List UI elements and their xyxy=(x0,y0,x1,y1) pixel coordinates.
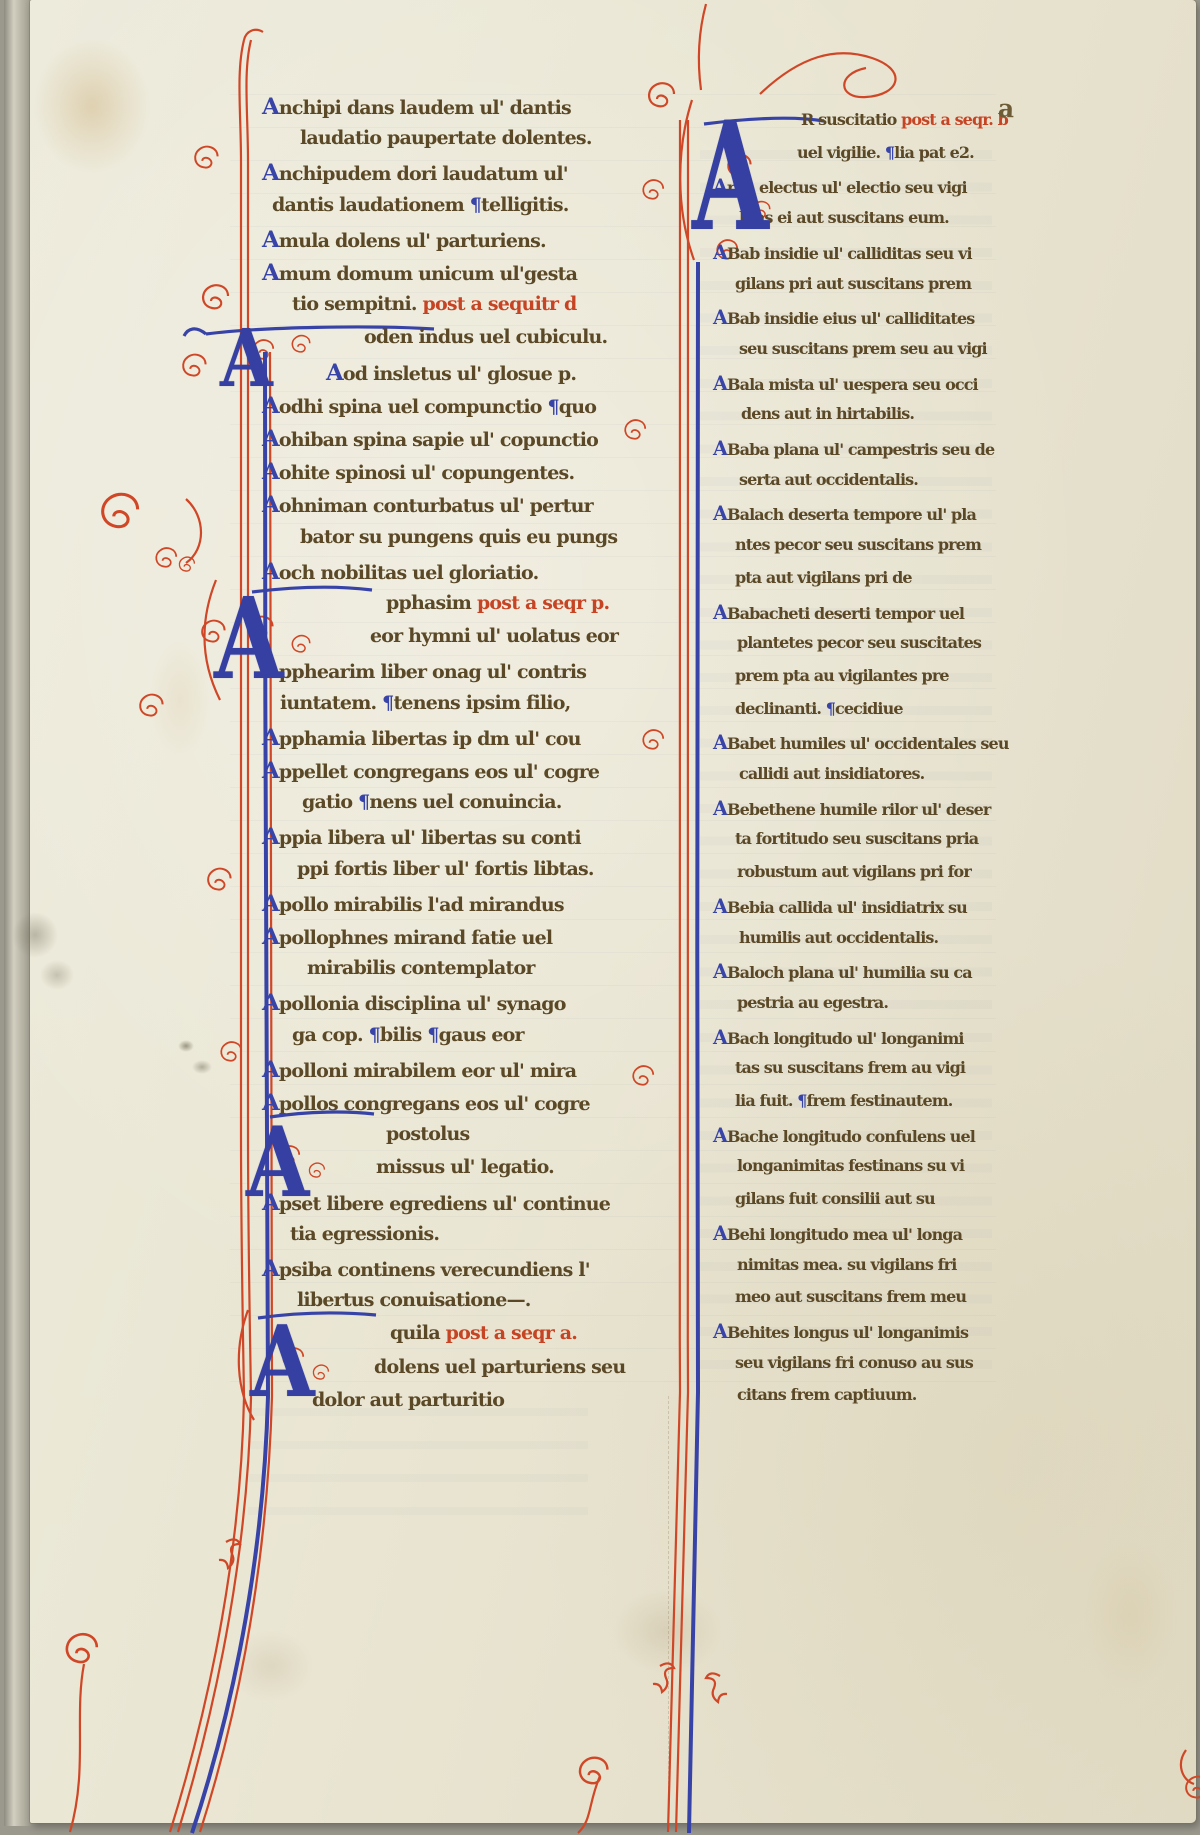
entry-text: lia fuit. xyxy=(735,1091,797,1110)
entry-text: ohniman conturbatus ul' pertur xyxy=(279,495,593,517)
entry-text: eor hymni ul' uolatus eor xyxy=(370,625,618,647)
entry-text: nchipi dans laudem ul' dantis xyxy=(279,97,571,119)
entry-line: gilans pri aut suscitans prem xyxy=(735,276,971,293)
entry-initial: A xyxy=(713,731,727,754)
entry-line: citans frem captiuum. xyxy=(737,1387,916,1404)
entry-line: ABebia callida ul' insidiatrix su xyxy=(713,897,967,917)
entry-line: lia fuit. ¶frem festinautem. xyxy=(735,1093,952,1110)
entry-text: pollophnes mirand fatie uel xyxy=(279,927,552,949)
entry-line: Anchipudem dori laudatum ul' xyxy=(262,162,568,186)
entry-line: dantis laudationem ¶telligitis. xyxy=(272,196,569,216)
illuminated-initial: A xyxy=(692,102,769,252)
entry-text: och nobilitas uel gloriatio. xyxy=(279,562,539,584)
illuminated-initial: A xyxy=(220,318,273,398)
paraph-mark: ¶ xyxy=(885,143,894,162)
entry-line: serta aut occidentalis. xyxy=(739,472,918,489)
entry-initial: A xyxy=(262,227,279,253)
entry-line: ppi fortis liber ul' fortis libtas. xyxy=(297,860,594,880)
entry-initial: A xyxy=(713,601,727,624)
entry-line: humilis aut occidentalis. xyxy=(739,930,938,947)
entry-line: Aoch nobilitas uel gloriatio. xyxy=(262,561,538,585)
entry-line: Apset libere egrediens ul' continue xyxy=(262,1192,610,1216)
entry-text: Bache longitudo confulens uel xyxy=(727,1127,975,1146)
entry-text: R suscitatio xyxy=(801,110,901,129)
entry-text: gilans fuit consilii aut su xyxy=(735,1189,935,1208)
entry-text: lia pat e2. xyxy=(894,143,974,162)
entry-line: ABab insidie eius ul' calliditates xyxy=(713,308,974,328)
entry-initial: A xyxy=(262,990,279,1016)
entry-line: Apphearim liber onag ul' contris xyxy=(262,660,586,684)
entry-text: longanimitas festinans su vi xyxy=(737,1156,964,1175)
entry-text: quila xyxy=(390,1322,446,1344)
entry-line: Aohniman conturbatus ul' pertur xyxy=(262,494,593,518)
entry-line: pphasim post a seqr p. xyxy=(386,594,609,614)
entry-line: Appia libera ul' libertas su conti xyxy=(262,826,581,850)
entry-line: R suscitatio post a seqr. b xyxy=(801,112,1008,129)
entry-text: dantis laudationem xyxy=(272,194,470,216)
entry-text: dens aut in hirtabilis. xyxy=(741,404,914,423)
entry-initial: A xyxy=(262,160,279,186)
rubric: post a seqr a. xyxy=(446,1322,577,1344)
rubric: post a seqr. b xyxy=(901,110,1008,129)
entry-text: psiba continens verecundiens l' xyxy=(279,1259,590,1281)
entry-line: callidi aut insidiatores. xyxy=(739,766,924,783)
entry-text: odhi spina uel compunctio xyxy=(279,396,548,418)
entry-initial: A xyxy=(713,1124,727,1147)
entry-text: quo xyxy=(559,396,596,418)
entry-text: dolens uel parturiens seu xyxy=(374,1356,625,1378)
entry-text: nimitas mea. su vigilans fri xyxy=(737,1255,956,1274)
entry-line: dens aut in hirtabilis. xyxy=(741,406,914,423)
entry-initial: A xyxy=(713,797,727,820)
entry-line: ntes pecor seu suscitans prem xyxy=(735,537,981,554)
entry-line: ABabet humiles ul' occidentales seu xyxy=(713,733,1009,753)
entry-line: Anchipi dans laudem ul' dantis xyxy=(262,96,571,120)
entry-text: gaus eor xyxy=(439,1024,524,1046)
entry-text: pphearim liber onag ul' contris xyxy=(279,661,586,683)
entry-text: Bebethene humile rilor ul' deser xyxy=(727,800,990,819)
entry-text: pollos congregans eos ul' cogre xyxy=(279,1093,590,1115)
entry-line: Aodhi spina uel compunctio ¶quo xyxy=(262,395,596,419)
entry-text: telligitis. xyxy=(481,194,569,216)
entry-line: ga cop. ¶bilis ¶gaus eor xyxy=(292,1026,524,1046)
entry-text: laudatio paupertate dolentes. xyxy=(300,127,592,149)
entry-initial: A xyxy=(713,437,727,460)
entry-line: Apollophnes mirand fatie uel xyxy=(262,926,552,950)
paraph-mark: ¶ xyxy=(797,1091,806,1110)
paraph-mark: ¶ xyxy=(470,194,481,216)
entry-text: pphamia libertas ip dm ul' cou xyxy=(279,728,581,750)
entry-line: prem pta au vigilantes pre xyxy=(735,668,949,685)
entry-line: longanimitas festinans su vi xyxy=(737,1158,964,1175)
entry-text: bator su pungens quis eu pungs xyxy=(300,526,617,548)
entry-line: Apsiba continens verecundiens l' xyxy=(262,1258,590,1282)
entry-line: Apolloni mirabilem eor ul' mira xyxy=(262,1059,576,1083)
entry-text: plantetes pecor seu suscitates xyxy=(737,633,981,652)
entry-initial: A xyxy=(713,1222,727,1245)
entry-text: pphasim xyxy=(386,592,477,614)
entry-line: ABaloch plana ul' humilia su ca xyxy=(713,962,972,982)
entry-line: nimitas mea. su vigilans fri xyxy=(737,1257,956,1274)
entry-text: od insletus ul' glosue p. xyxy=(343,363,576,385)
entry-text: robustum aut vigilans pri for xyxy=(737,862,971,881)
entry-initial: A xyxy=(713,895,727,918)
entry-text: pestria au egestra. xyxy=(737,993,888,1012)
entry-text: ohiban spina sapie ul' copunctio xyxy=(279,429,598,451)
manuscript-page xyxy=(30,0,1196,1823)
entry-text: humilis aut occidentalis. xyxy=(739,928,938,947)
entry-line: bator su pungens quis eu pungs xyxy=(300,528,617,548)
entry-text: pollonia disciplina ul' synago xyxy=(279,993,566,1015)
entry-line: ABala mista ul' uespera seu occi xyxy=(713,374,978,394)
entry-initial: A xyxy=(713,502,727,525)
entry-line: Aohite spinosi ul' copungentes. xyxy=(262,461,574,485)
entry-text: libertus conuisatione—. xyxy=(297,1289,531,1311)
entry-line: Appellet congregans eos ul' cogre xyxy=(262,760,599,784)
entry-text: bilis xyxy=(380,1024,427,1046)
entry-initial: A xyxy=(262,891,279,917)
entry-text: Bach longitudo ul' longanimi xyxy=(727,1029,964,1048)
entry-text: citans frem captiuum. xyxy=(737,1385,916,1404)
entry-text: nens uel conuincia. xyxy=(369,791,561,813)
entry-text: pta aut vigilans pri de xyxy=(735,568,912,587)
entry-text: nchipudem dori laudatum ul' xyxy=(279,163,568,185)
entry-initial: A xyxy=(262,924,279,950)
entry-text: mula dolens ul' parturiens. xyxy=(279,230,546,252)
entry-text: gilans pri aut suscitans prem xyxy=(735,274,971,293)
entry-text: ppi fortis liber ul' fortis libtas. xyxy=(297,858,594,880)
entry-text: Baloch plana ul' humilia su ca xyxy=(727,963,972,982)
entry-text: prem pta au vigilantes pre xyxy=(735,666,949,685)
entry-line: Amula dolens ul' parturiens. xyxy=(262,229,546,253)
entry-line: oden indus uel cubiculu. xyxy=(364,328,607,348)
entry-line: ABaba plana ul' campestris seu de xyxy=(713,439,994,459)
entry-line: Apollo mirabilis l'ad mirandus xyxy=(262,893,564,917)
entry-text: tenens ipsim filio, xyxy=(393,692,570,714)
entry-initial: A xyxy=(713,960,727,983)
text-column-right: R suscitatio post a seqr. buel vigilie. … xyxy=(713,112,993,1412)
entry-text: mirabilis contemplator xyxy=(307,957,535,979)
entry-line: uel vigilie. ¶lia pat e2. xyxy=(797,145,974,162)
text-column-left: Anchipi dans laudem ul' dantislaudatio p… xyxy=(262,96,600,1420)
entry-initial: A xyxy=(262,725,279,751)
entry-line: ABebethene humile rilor ul' deser xyxy=(713,799,990,819)
entry-text: polloni mirabilem eor ul' mira xyxy=(279,1060,576,1082)
entry-line: mirabilis contemplator xyxy=(307,959,535,979)
entry-initial: A xyxy=(713,306,727,329)
margin-letter: a xyxy=(997,94,1014,124)
entry-line: ta fortitudo seu suscitans pria xyxy=(735,831,978,848)
entry-line: seu vigilans fri conuso au sus xyxy=(735,1355,973,1372)
entry-initial: A xyxy=(262,94,279,120)
entry-text: declinanti. xyxy=(735,699,826,718)
entry-text: tia egressionis. xyxy=(290,1223,439,1245)
entry-initial: A xyxy=(262,758,279,784)
entry-text: postolus xyxy=(386,1123,469,1145)
entry-text: oden indus uel cubiculu. xyxy=(364,326,607,348)
entry-line: declinanti. ¶cecidiue xyxy=(735,701,903,718)
entry-line: Aohiban spina sapie ul' copunctio xyxy=(262,428,598,452)
entry-text: iuntatem. xyxy=(280,692,382,714)
entry-line: meo aut suscitans frem meu xyxy=(735,1289,966,1306)
entry-line: laudatio paupertate dolentes. xyxy=(300,129,592,149)
entry-line: dolor aut parturitio xyxy=(312,1391,504,1411)
entry-line: postolus xyxy=(386,1125,469,1145)
entry-line: plantetes pecor seu suscitates xyxy=(737,635,981,652)
entry-line: quila post a seqr a. xyxy=(390,1324,577,1344)
entry-line: pestria au egestra. xyxy=(737,995,888,1012)
rubric: post a sequitr d xyxy=(423,293,577,315)
entry-text: missus ul' legatio. xyxy=(376,1156,554,1178)
entry-text: ga cop. xyxy=(292,1024,369,1046)
entry-line: tia egressionis. xyxy=(290,1225,439,1245)
entry-text: cecidiue xyxy=(835,699,903,718)
entry-text: Bebia callida ul' insidiatrix su xyxy=(727,898,967,917)
entry-text: meo aut suscitans frem meu xyxy=(735,1287,966,1306)
entry-text: Baba plana ul' campestris seu de xyxy=(727,440,994,459)
manuscript-photo: Anchipi dans laudem ul' dantislaudatio p… xyxy=(0,0,1200,1835)
entry-line: gilans fuit consilii aut su xyxy=(735,1191,935,1208)
entry-text: tio sempitni. xyxy=(292,293,423,315)
entry-line: Apollos congregans eos ul' cogre xyxy=(262,1092,590,1116)
entry-text: Bala mista ul' uespera seu occi xyxy=(727,375,978,394)
entry-line: eor hymni ul' uolatus eor xyxy=(370,627,618,647)
entry-initial: A xyxy=(262,824,279,850)
rubric: post a seqr p. xyxy=(477,592,609,614)
entry-line: ABehites longus ul' longanimis xyxy=(713,1322,968,1342)
column-ruling xyxy=(668,1396,669,1824)
entry-text: Balach deserta tempore ul' pla xyxy=(727,505,976,524)
entry-text: mum domum unicum ul'gesta xyxy=(279,263,577,285)
paraph-mark: ¶ xyxy=(427,1024,438,1046)
paraph-mark: ¶ xyxy=(826,699,835,718)
entry-line: tas su suscitans frem au vigi xyxy=(735,1060,965,1077)
entry-line: Aod insletus ul' glosue p. xyxy=(326,362,576,386)
entry-initial: A xyxy=(326,360,343,386)
entry-line: libertus conuisatione—. xyxy=(297,1291,531,1311)
entry-text: Babacheti deserti tempor uel xyxy=(727,604,964,623)
entry-initial: A xyxy=(262,1057,279,1083)
entry-initial: A xyxy=(262,459,279,485)
entry-text: uel vigilie. xyxy=(797,143,885,162)
entry-text: callidi aut insidiatores. xyxy=(739,764,924,783)
entry-text: ta fortitudo seu suscitans pria xyxy=(735,829,978,848)
entry-line: ABalach deserta tempore ul' pla xyxy=(713,504,976,524)
entry-text: frem festinautem. xyxy=(807,1091,953,1110)
paraph-mark: ¶ xyxy=(358,791,369,813)
entry-initial: A xyxy=(262,260,279,286)
entry-text: tas su suscitans frem au vigi xyxy=(735,1058,965,1077)
entry-text: seu suscitans prem seu au vigi xyxy=(739,339,987,358)
paraph-mark: ¶ xyxy=(547,396,558,418)
entry-text: lans ei aut suscitans eum. xyxy=(739,208,949,227)
entry-initial: A xyxy=(262,426,279,452)
entry-line: iuntatem. ¶tenens ipsim filio, xyxy=(280,694,570,714)
entry-line: pta aut vigilans pri de xyxy=(735,570,912,587)
entry-line: missus ul' legatio. xyxy=(376,1158,554,1178)
entry-line: ABehi longitudo mea ul' longa xyxy=(713,1224,962,1244)
entry-text: Bab insidie eius ul' calliditates xyxy=(727,309,974,328)
entry-initial: A xyxy=(713,372,727,395)
entry-text: ohite spinosi ul' copungentes. xyxy=(279,462,574,484)
entry-text: ppia libera ul' libertas su conti xyxy=(279,827,581,849)
entry-initial: A xyxy=(713,1320,727,1343)
entry-line: gatio ¶nens uel conuincia. xyxy=(302,793,562,813)
entry-line: Amum domum unicum ul'gesta xyxy=(262,262,577,286)
entry-line: lans ei aut suscitans eum. xyxy=(739,210,949,227)
entry-line: dolens uel parturiens seu xyxy=(374,1358,625,1378)
entry-text: ppellet congregans eos ul' cogre xyxy=(279,761,599,783)
entry-line: Apphamia libertas ip dm ul' cou xyxy=(262,727,581,751)
book-edge xyxy=(4,0,32,1826)
entry-line: ABach longitudo ul' longanimi xyxy=(713,1028,964,1048)
entry-line: tio sempitni. post a sequitr d xyxy=(292,295,576,315)
entry-initial: A xyxy=(262,492,279,518)
entry-initial: A xyxy=(713,1026,727,1049)
paraph-mark: ¶ xyxy=(369,1024,380,1046)
entry-text: dolor aut parturitio xyxy=(312,1389,504,1411)
entry-line: ABabacheti deserti tempor uel xyxy=(713,603,964,623)
entry-initial: A xyxy=(262,1256,279,1282)
illuminated-initial: A xyxy=(246,1115,309,1211)
entry-line: ABache longitudo confulens uel xyxy=(713,1126,975,1146)
entry-text: Behites longus ul' longanimis xyxy=(727,1323,968,1342)
entry-text: serta aut occidentalis. xyxy=(739,470,918,489)
entry-text: gatio xyxy=(302,791,358,813)
entry-text: Behi longitudo mea ul' longa xyxy=(727,1225,962,1244)
entry-line: robustum aut vigilans pri for xyxy=(737,864,971,881)
entry-text: pset libere egrediens ul' continue xyxy=(279,1193,610,1215)
entry-line: seu suscitans prem seu au vigi xyxy=(739,341,987,358)
entry-text: pollo mirabilis l'ad mirandus xyxy=(279,894,564,916)
entry-text: Babet humiles ul' occidentales seu xyxy=(727,734,1009,753)
entry-text: ntes pecor seu suscitans prem xyxy=(735,535,981,554)
illuminated-initial: A xyxy=(214,584,284,696)
entry-text: seu vigilans fri conuso au sus xyxy=(735,1353,973,1372)
paraph-mark: ¶ xyxy=(382,692,393,714)
illuminated-initial: A xyxy=(250,1314,315,1412)
entry-line: Apollonia disciplina ul' synago xyxy=(262,992,566,1016)
